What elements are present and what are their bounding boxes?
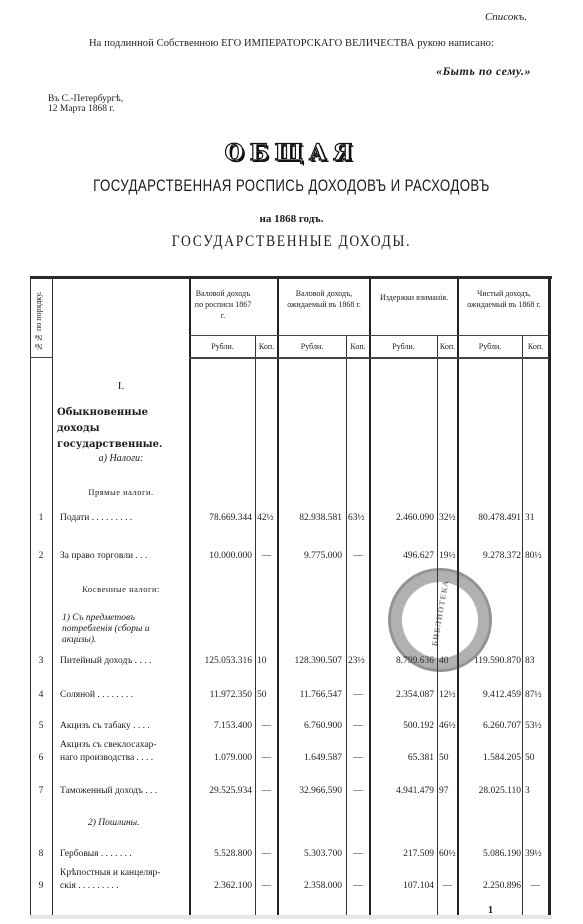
costs-rubles: 2.354.087 [370,690,434,700]
row-number: 7 [30,786,52,796]
costs-rubles: 107.104 [370,881,434,891]
gross-1867-rubles: 2.362.100 [190,881,252,891]
row-number: 6 [30,753,52,763]
sub-rubles: Рубли. [278,342,346,351]
costs-rubles: 65.381 [370,753,434,763]
col-header-number: №№ по порядку. [34,283,49,359]
table-row: 3Питейный доходъ . . . .125.053.31610128… [0,656,583,670]
net-1868-rubles: 28.025.110 [458,786,521,796]
gross-1868-rubles: 9.775.000 [278,551,342,561]
col-header-net-1868: Чистый доходъ, ожидаемый въ 1868 г. [462,288,546,310]
gross-1867-rubles: 1.079.000 [190,753,252,763]
gross-1868-rubles: 11.766.547 [278,690,342,700]
net-1868-kopecks: 87½ [523,690,549,700]
gross-1868-rubles: 6.760.900 [278,721,342,731]
row-name: Таможенный доходъ . . . [60,786,188,796]
net-1868-rubles: 2.250.896 [458,881,521,891]
costs-rubles: 4.941.479 [370,786,434,796]
sub-rubles: Рубли. [190,342,255,351]
col-header-collection-costs: Издержки взиманія. [376,292,452,303]
gross-1867-rubles: 5.528.800 [190,849,252,859]
direct-taxes-heading: Прямые налоги. [52,487,190,497]
net-1868-rubles: 9.278.372 [458,551,521,561]
document-title: ОБЩАЯ [0,140,583,166]
net-1868-kopecks: 83 [523,656,549,666]
costs-rubles: 2.460.090 [370,513,434,523]
gross-1868-rubles: 82.938.581 [278,513,342,523]
gross-1867-kopecks: 50 [255,690,278,700]
indirect-taxes-heading: Косвенные налоги: [52,584,190,594]
gross-1867-kopecks: — [255,753,278,763]
gross-1867-rubles: 125.053.316 [190,656,252,666]
date: 12 Марта 1868 г. [48,104,123,114]
consumption-heading: 1) Съ предметовъ потребленія (сборы и ак… [62,613,186,646]
table-row: 2За право торговли . . .10.000.000—9.775… [0,551,583,565]
gross-1867-rubles: 7.153.400 [190,721,252,731]
costs-rubles: 500.192 [370,721,434,731]
sub-rubles: Рубли. [370,342,437,351]
costs-kopecks: 50 [437,753,459,763]
imperial-intro: На подлинной Собственною ЕГО ИМПЕРАТОРСК… [0,38,583,49]
net-1868-kopecks: 39½ [523,849,549,859]
gross-1868-kopecks: — [346,881,370,891]
costs-kopecks: 19½ [437,551,459,561]
gross-1868-kopecks: — [346,786,370,796]
table-row: 5Акцизъ съ табаку . . . .7.153.400—6.760… [0,721,583,735]
costs-kopecks: 46½ [437,721,459,731]
page-number: 1 [488,905,493,916]
gross-1867-rubles: 10.000.000 [190,551,252,561]
row-name: Соляной . . . . . . . . [60,690,188,700]
net-1868-rubles: 5.086.190 [458,849,521,859]
gross-1868-rubles: 5.303.700 [278,849,342,859]
row-name: Гербовыя . . . . . . . [60,849,188,859]
table-row: 1Подати . . . . . . . . .78.669.34442½82… [0,513,583,527]
row-number: 9 [30,881,52,891]
duties-heading: 2) Пошлины. [88,818,188,828]
col-header-gross-1868: Валовой доходъ, ожидаемый въ 1868 г. [282,288,366,310]
place-date: Въ С.-Петербургѣ, 12 Марта 1868 г. [48,94,123,114]
gross-1868-rubles: 2.358.000 [278,881,342,891]
row-name: наго производства . . . . [60,753,188,763]
section-title: ГОСУДАРСТВЕННЫЕ ДОХОДЫ. [44,233,540,251]
gross-1867-kopecks: 10 [255,656,278,666]
stamp-text: БИБЛИОТЕКА [430,579,451,647]
gross-1868-kopecks: 23½ [346,656,370,666]
gross-1867-rubles: 78.669.344 [190,513,252,523]
gross-1868-kopecks: — [346,551,370,561]
costs-kopecks: 60½ [437,849,459,859]
row-name: скія . . . . . . . . . [60,881,188,891]
section-heading: Обыкновенные доходы государственные. [57,405,187,453]
row-name: Подати . . . . . . . . . [60,513,188,523]
sub-kopecks: Коп. [523,342,548,351]
row-number: 4 [30,690,52,700]
row-number: 3 [30,656,52,666]
section-number: I. [52,380,190,392]
row-number: 1 [30,513,52,523]
net-1868-kopecks: — [523,881,548,891]
net-1868-rubles: 1.584.205 [458,753,521,763]
table-row: 7Таможенный доходъ . . .29.525.934—32.96… [0,786,583,800]
costs-kopecks: 32½ [437,513,459,523]
row-number: 5 [30,721,52,731]
gross-1868-rubles: 128.390.507 [278,656,342,666]
row-name: Питейный доходъ . . . . [60,656,188,666]
net-1868-kopecks: 31 [523,513,549,523]
imperial-resolution: «Быть по сему.» [436,64,531,79]
sub-rubles: Рубли. [458,342,522,351]
costs-kopecks: 97 [437,786,459,796]
col-header-gross-1867: Валовой доходъ по росписи 1867 г. [192,288,254,321]
sub-kopecks: Коп. [256,342,277,351]
gross-1867-rubles: 29.525.934 [190,786,252,796]
gross-1868-kopecks: — [346,753,370,763]
costs-rubles: 217.509 [370,849,434,859]
subsection-taxes: а) Налоги: [52,453,190,464]
table-row: 9Крѣпостныя и канцеляр-скія . . . . . . … [0,881,583,895]
net-1868-kopecks: 50 [523,753,549,763]
table-row: 8Гербовыя . . . . . . .5.528.800—5.303.7… [0,849,583,863]
table-row: 4Соляной . . . . . . . .11.972.3505011.7… [0,690,583,704]
net-1868-kopecks: 3 [523,786,549,796]
row-name-line1: Акцизъ съ свеклосахар- [60,740,188,750]
gross-1867-kopecks: — [255,551,278,561]
gross-1868-rubles: 1.649.587 [278,753,342,763]
document-subtitle: ГОСУДАРСТВЕННАЯ РОСПИСЬ ДОХОДОВЪ И РАСХО… [64,176,519,196]
net-1868-rubles: 6.260.707 [458,721,521,731]
list-label: Списокъ. [485,11,527,23]
gross-1868-rubles: 32.966.590 [278,786,342,796]
table-row: 6Акцизъ съ свеклосахар-наго производства… [0,753,583,767]
row-number: 2 [30,551,52,561]
gross-1867-kopecks: — [255,881,278,891]
place: Въ С.-Петербургѣ, [48,94,123,104]
gross-1867-kopecks: 42½ [255,513,278,523]
gross-1868-kopecks: — [346,690,370,700]
document-year: на 1868 годъ. [0,213,583,225]
net-1868-rubles: 80.478.491 [458,513,521,523]
row-name: Акцизъ съ табаку . . . . [60,721,188,731]
sub-kopecks: Коп. [438,342,457,351]
gross-1867-kopecks: — [255,786,278,796]
sub-kopecks: Коп. [347,342,369,351]
costs-kopecks: 12½ [437,690,459,700]
gross-1868-kopecks: 63½ [346,513,370,523]
row-name: За право торговли . . . [60,551,188,561]
gross-1867-kopecks: — [255,721,278,731]
net-1868-kopecks: 80½ [523,551,549,561]
row-number: 8 [30,849,52,859]
gross-1867-kopecks: — [255,849,278,859]
page-bottom-edge [30,915,552,919]
table-top-rule [30,276,552,279]
net-1868-rubles: 9.412.459 [458,690,521,700]
row-name-line1: Крѣпостныя и канцеляр- [60,868,188,878]
gross-1867-rubles: 11.972.350 [190,690,252,700]
gross-1868-kopecks: — [346,849,370,859]
costs-rubles: 496.627 [370,551,434,561]
net-1868-kopecks: 53½ [523,721,549,731]
costs-kopecks: — [437,881,458,891]
gross-1868-kopecks: — [346,721,370,731]
